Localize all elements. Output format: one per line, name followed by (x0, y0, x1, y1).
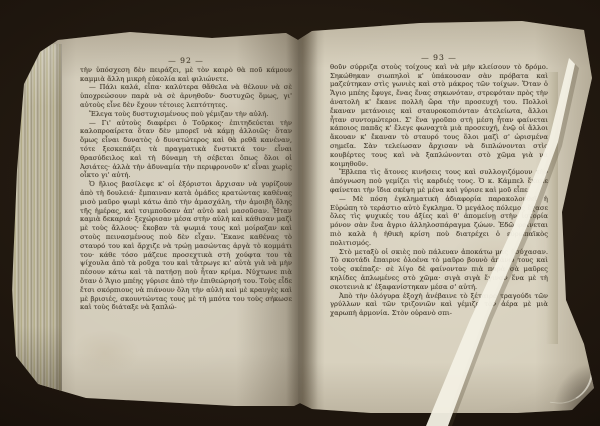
paragraph: Ἀπὸ τὴν ὁλόγυρα ἐξοχὴ ἀνέβαινε τὸ ξέταιρ… (330, 292, 548, 318)
page-number-left: — 92 — (80, 57, 292, 66)
paragraph: Ἔβλεπα τὶς ἄτονες κινήσεις τους καὶ συλλ… (330, 168, 548, 194)
paragraph: Ὁ ἥλιος βασίλεψε κ' οἱ ἐξόριστοι ἄρχισαν… (80, 180, 292, 312)
page-text-right: — 93 — θοῦν σύρριζα στοὺς τοίχους καὶ νὰ… (330, 54, 548, 400)
paragraph: — Πάλι καλά, εἶπα· καλύτερα θἄθελα νὰ θέ… (80, 83, 292, 109)
paragraph: — Γι' αὐτοὺς διαφέρει ὁ Τοῦρκος· ἐπιτηδε… (80, 119, 292, 181)
paragraph: Ἔλεγα τοὺς δυστυχισμένους ποὺ γέμιζαν τὴ… (80, 110, 292, 119)
page-edge-stack-left (12, 44, 62, 396)
paragraph: Στὸ μεταξὺ οἱ σκιὲς ποὺ πάλευαν ἀποκάτω … (330, 248, 548, 292)
photo-background: — 92 — τὴν ὑπόσχεση δὲν πειράζει, μὲ τὸν… (0, 0, 600, 426)
left-paragraphs: τὴν ὑπόσχεση δὲν πειράζει, μὲ τὸν καιρὸ … (80, 66, 292, 312)
open-book: — 92 — τὴν ὑπόσχεση δὲν πειράζει, μὲ τὸν… (0, 0, 600, 426)
page-text-left: — 92 — τὴν ὑπόσχεση δὲν πειράζει, μὲ τὸν… (80, 57, 292, 393)
paragraph: θοῦν σύρριζα στοὺς τοίχους καὶ νὰ μὴν κλ… (330, 63, 548, 169)
page-corner-curl (544, 352, 594, 410)
paragraph: — Μὲ πόση ἐγκληματικὴ ἀδιαφορία παρακολο… (330, 195, 548, 248)
page-number-right: — 93 — (330, 54, 548, 63)
paragraph: τὴν ὑπόσχεση δὲν πειράζει, μὲ τὸν καιρὸ … (80, 66, 292, 84)
right-paragraphs: θοῦν σύρριζα στοὺς τοίχους καὶ νὰ μὴν κλ… (330, 63, 548, 318)
